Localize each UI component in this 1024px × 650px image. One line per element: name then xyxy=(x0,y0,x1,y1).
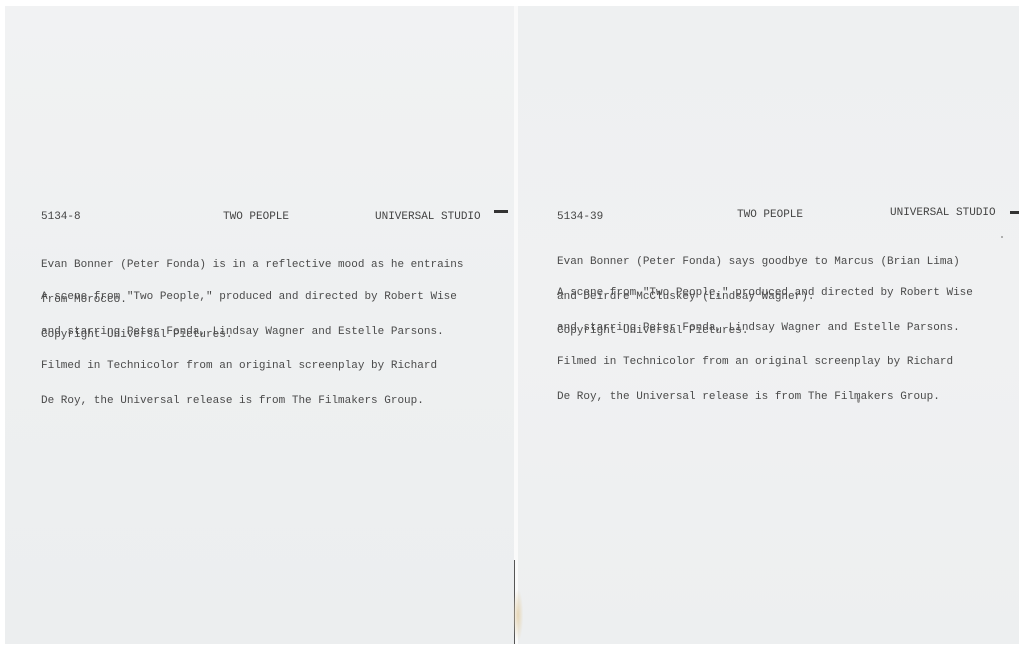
copyright: Copyright Universal Pictures. xyxy=(557,326,748,338)
copyright: Copyright Universal Pictures. xyxy=(41,330,232,342)
description: A scene from "Two People," produced and … xyxy=(557,265,973,415)
ink-mark xyxy=(494,210,508,213)
page-divider xyxy=(514,6,518,644)
paper-speck xyxy=(857,398,860,403)
film-title: TWO PEOPLE xyxy=(223,211,289,223)
photo-number: 5134-39 xyxy=(557,211,603,223)
film-title: TWO PEOPLE xyxy=(737,209,803,221)
photo-number: 5134-8 xyxy=(41,211,81,223)
studio-name: UNIVERSAL STUDIO xyxy=(375,211,481,223)
paper-speck xyxy=(1001,236,1003,238)
ink-mark xyxy=(1010,211,1019,214)
description: A scene from "Two People," produced and … xyxy=(41,269,457,419)
paper-stain xyxy=(513,590,523,640)
studio-name: UNIVERSAL STUDIO xyxy=(890,207,996,219)
